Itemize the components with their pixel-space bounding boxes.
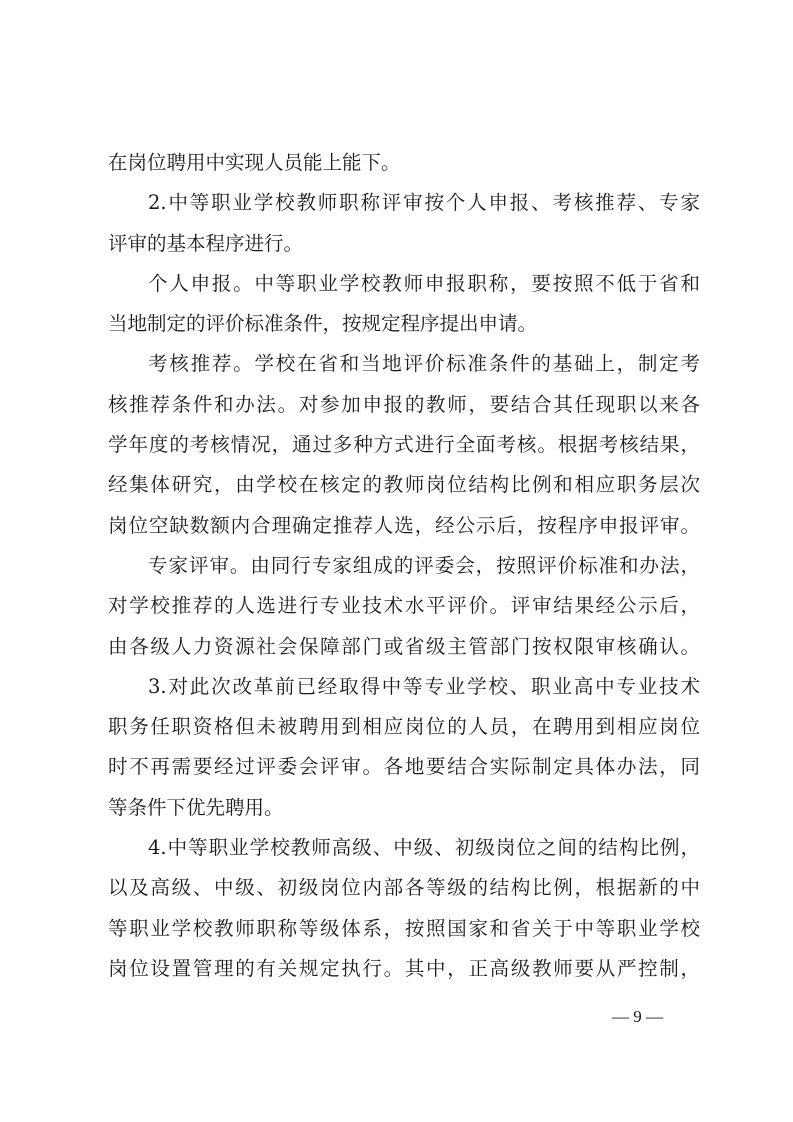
text-line-17: 等条件下优先聘用。 <box>108 788 700 828</box>
text-line-21: 岗位设置管理的有关规定执行。其中，正高级教师要从严控制， <box>108 949 700 989</box>
text-line-8: 学年度的考核情况，通过多种方式进行全面考核。根据考核结果， <box>108 425 700 465</box>
text-line-11: 专家评审。由同行专家组成的评委会，按照评价标准和办法， <box>108 546 700 586</box>
text-line-3: 评审的基本程序进行。 <box>108 224 700 264</box>
text-line-14: 3.对此次改革前已经取得中等专业学校、职业高中专业技术 <box>108 667 700 707</box>
text-line-9: 经集体研究，由学校在核定的教师岗位结构比例和相应职务层次 <box>108 465 700 505</box>
page-number: — 9 — <box>612 1006 692 1028</box>
text-line-16: 时不再需要经过评委会评审。各地要结合实际制定具体办法，同 <box>108 747 700 787</box>
text-line-12: 对学校推荐的人选进行专业技术水平评价。评审结果经公示后， <box>108 586 700 626</box>
body-text: 在岗位聘用中实现人员能上能下。 2.中等职业学校教师职称评审按个人申报、考核推荐… <box>108 143 700 989</box>
text-line-5: 当地制定的评价标准条件，按规定程序提出申请。 <box>108 304 700 344</box>
text-line-15: 职务任职资格但未被聘用到相应岗位的人员，在聘用到相应岗位 <box>108 707 700 747</box>
text-line-13: 由各级人力资源社会保障部门或省级主管部门按权限审核确认。 <box>108 627 700 667</box>
text-line-18: 4.中等职业学校教师高级、中级、初级岗位之间的结构比例， <box>108 828 700 868</box>
document-page: 在岗位聘用中实现人员能上能下。 2.中等职业学校教师职称评审按个人申报、考核推荐… <box>0 0 793 1122</box>
text-line-20: 等职业学校教师职称等级体系，按照国家和省关于中等职业学校 <box>108 909 700 949</box>
text-line-10: 岗位空缺数额内合理确定推荐人选，经公示后，按程序申报评审。 <box>108 506 700 546</box>
text-line-6: 考核推荐。学校在省和当地评价标准条件的基础上，制定考 <box>108 344 700 384</box>
text-line-7: 核推荐条件和办法。对参加申报的教师，要结合其任现职以来各 <box>108 385 700 425</box>
text-line-4: 个人申报。中等职业学校教师申报职称，要按照不低于省和 <box>108 264 700 304</box>
text-line-2: 2.中等职业学校教师职称评审按个人申报、考核推荐、专家 <box>108 183 700 223</box>
text-line-1: 在岗位聘用中实现人员能上能下。 <box>108 143 700 183</box>
text-line-19: 以及高级、中级、初级岗位内部各等级的结构比例，根据新的中 <box>108 868 700 908</box>
